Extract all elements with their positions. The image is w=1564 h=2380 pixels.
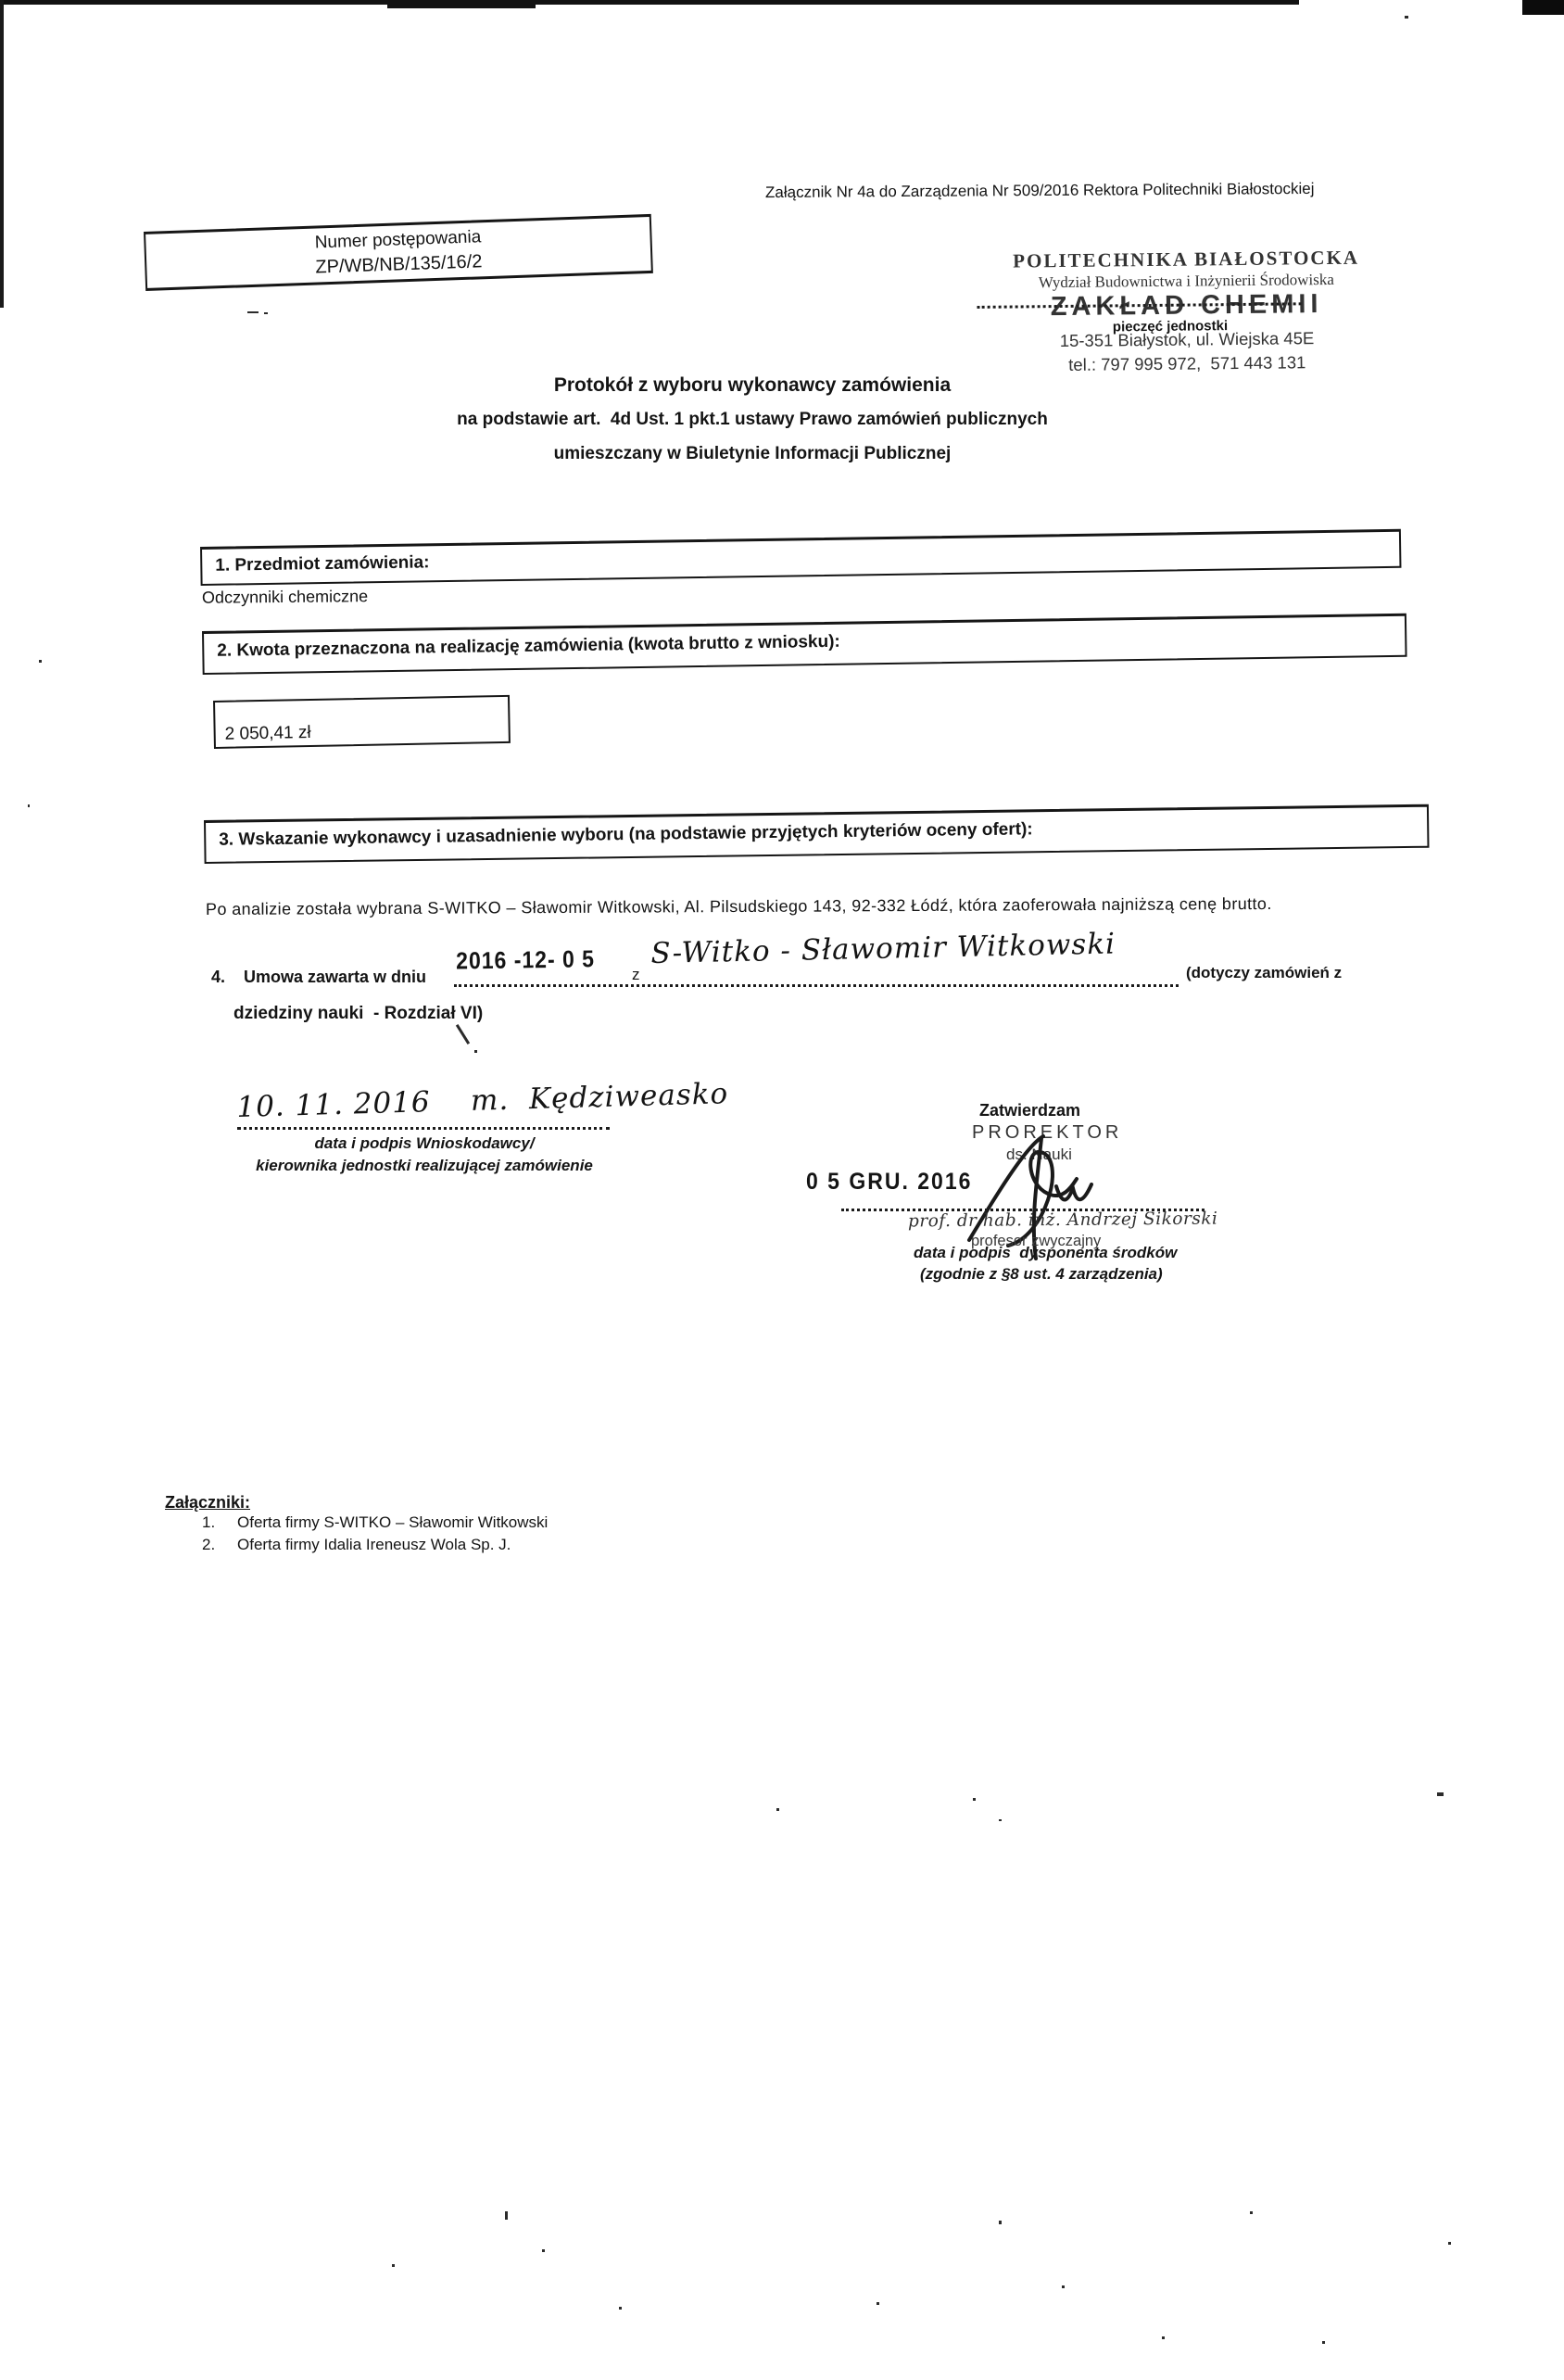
scan-speck <box>474 1050 477 1053</box>
attachments-heading: Załączniki: <box>165 1493 250 1513</box>
unit-stamp: POLITECHNIKA BIAŁOSTOCKA Wydział Budowni… <box>973 246 1401 389</box>
section-3-box: 3. Wskazanie wykonawcy i uzasadnienie wy… <box>204 804 1430 864</box>
doc-title-line3: umieszczany w Biuletynie Informacji Publ… <box>289 444 1216 464</box>
scan-speck <box>264 312 268 314</box>
approval-caption-line1: data i podpis dysponenta środków <box>914 1244 1177 1262</box>
scan-speck <box>542 2249 545 2252</box>
scan-speck <box>392 2264 395 2267</box>
scan-speck <box>999 1819 1002 1821</box>
scan-speck <box>247 311 259 313</box>
scan-edge-left <box>0 0 4 308</box>
approval-date-stamp: 0 5 GRU. 2016 <box>806 1168 972 1195</box>
attachment-item-text: Oferta firmy Idalia Ireneusz Wola Sp. J. <box>237 1536 511 1554</box>
scan-edge-top <box>0 0 1299 5</box>
stamp-address: 15-351 Białystok, ul. Wiejska 45E <box>974 327 1400 351</box>
case-number-box: Numer postępowania ZP/WB/NB/135/16/2 <box>144 214 653 291</box>
section-3-heading: 3. Wskazanie wykonawcy i uzasadnienie wy… <box>219 819 1033 850</box>
scan-speck <box>973 1798 976 1801</box>
contract-dotted-line <box>454 984 1179 987</box>
stamp-university: POLITECHNIKA BIAŁOSTOCKA <box>973 246 1399 272</box>
amount-box: 2 050,41 zł <box>213 695 511 749</box>
pen-stray-mark <box>456 1024 470 1044</box>
scan-speck <box>1250 2211 1253 2214</box>
scan-edge-top-blob <box>387 0 536 8</box>
section-1-box: 1. Przedmiot zamówienia: <box>200 529 1401 586</box>
applicant-dotted-line <box>237 1127 610 1130</box>
contract-contractor-handwriting: S-Witko - Sławomir Witkowski <box>650 928 1116 970</box>
scan-speck <box>1405 16 1408 19</box>
attachment-note: Załącznik Nr 4a do Zarządzenia Nr 509/20… <box>765 180 1315 202</box>
scan-speck <box>619 2307 622 2310</box>
applicant-caption-line2: kierownika jednostki realizującej zamówi… <box>239 1157 610 1175</box>
contract-label: Umowa zawarta w dniu <box>244 968 426 987</box>
scan-speck <box>1162 2336 1165 2339</box>
scan-speck <box>1062 2285 1065 2288</box>
section-1-heading: 1. Przedmiot zamówienia: <box>215 552 430 576</box>
scan-speck <box>877 2302 879 2305</box>
scan-speck <box>28 804 30 807</box>
approval-label: Zatwierdzam <box>979 1101 1080 1120</box>
section-2-heading: 2. Kwota przeznaczona na realizację zamó… <box>217 632 840 662</box>
scan-speck <box>39 660 42 663</box>
attachment-item-num: 1. <box>202 1513 215 1532</box>
applicant-caption-line1: data i podpis Wnioskodawcy/ <box>239 1134 610 1153</box>
applicant-signature-handwriting: 10. 11. 2016 m. Kędziweasko <box>236 1078 729 1124</box>
contract-suffix-line1: (dotyczy zamówień z <box>1186 964 1342 982</box>
scan-speck <box>1322 2341 1325 2344</box>
scan-corner-block <box>1522 0 1564 15</box>
doc-title: Protokół z wyboru wykonawcy zamówienia n… <box>289 374 1216 467</box>
contract-number: 4. <box>211 968 225 987</box>
scan-speck <box>505 2211 508 2220</box>
section-2-box: 2. Kwota przeznaczona na realizację zamó… <box>202 614 1407 675</box>
stamp-phone: tel.: 797 995 972, 571 443 131 <box>974 351 1400 375</box>
doc-title-line1: Protokół z wyboru wykonawcy zamówienia <box>289 374 1216 397</box>
approval-stamp-name: prof. dr hab. inż. Andrzej Sikorski <box>908 1209 1218 1232</box>
scan-speck <box>776 1808 779 1811</box>
section-1-value: Odczynniki chemiczne <box>202 587 368 607</box>
amount-value: 2 050,41 zł <box>224 723 310 745</box>
scan-speck <box>1448 2242 1451 2245</box>
scan-speck <box>1437 1792 1444 1796</box>
contract-suffix-line2: dziedziny nauki - Rozdział VI) <box>233 1004 483 1024</box>
attachment-item-num: 2. <box>202 1536 215 1554</box>
contract-connector: z <box>632 966 640 984</box>
scan-speck <box>999 2221 1002 2224</box>
section-3-value: Po analizie została wybrana S-WITKO – Sł… <box>206 894 1272 919</box>
contract-date-stamp: 2016 -12- 0 5 <box>456 945 595 975</box>
scanned-document-page: { "header_note": "Załącznik Nr 4a do Zar… <box>0 0 1564 2380</box>
doc-title-line2: na podstawie art. 4d Ust. 1 pkt.1 ustawy… <box>289 410 1216 430</box>
attachment-item-text: Oferta firmy S-WITKO – Sławomir Witkowsk… <box>237 1513 548 1532</box>
approval-caption-line2: (zgodnie z §8 ust. 4 zarządzenia) <box>920 1265 1163 1284</box>
